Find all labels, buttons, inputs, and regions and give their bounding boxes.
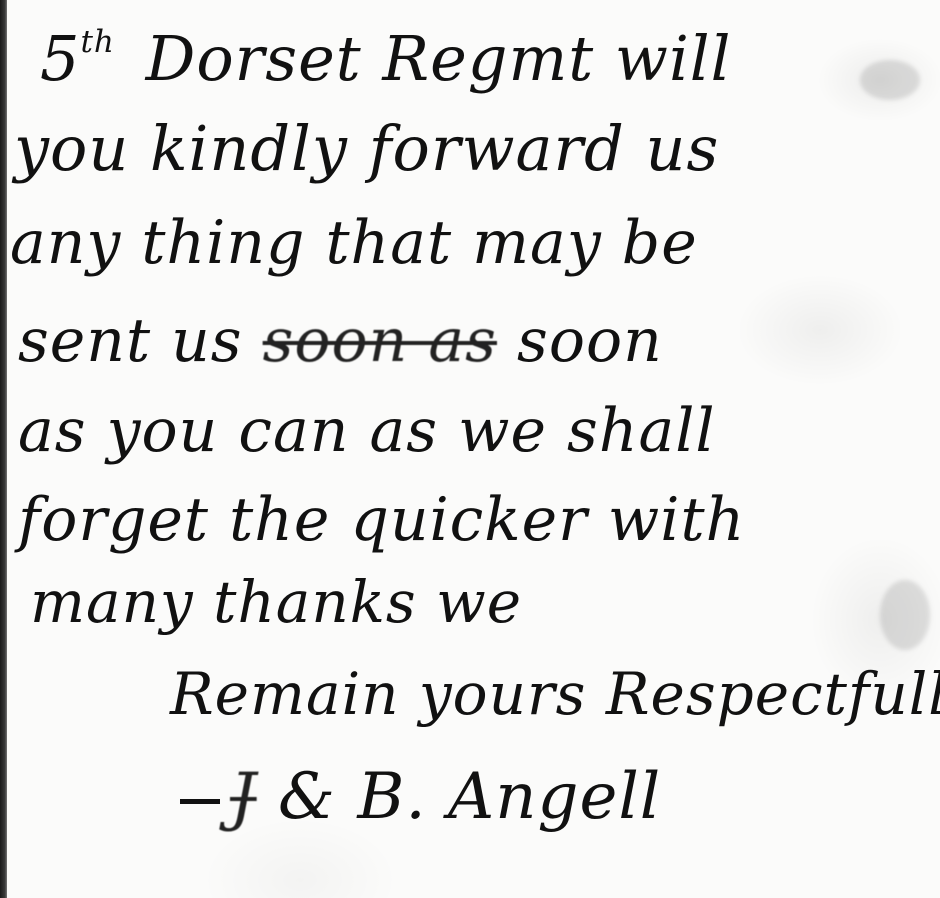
letter-line-4: sent us soon as soon <box>18 306 663 376</box>
paper-stain <box>860 60 920 100</box>
signature-dash <box>180 799 220 804</box>
closing-text: Remain yours Respectfully <box>170 660 940 728</box>
letter-line-2: you kindly forward us <box>14 112 719 185</box>
signature: J & B. Angell <box>180 760 661 834</box>
line-text: Dorset Regmt will <box>146 22 732 95</box>
line-text: forget the quicker with <box>18 485 745 555</box>
line-text: any thing that may be <box>10 208 698 278</box>
ordinal-suffix: th <box>80 24 114 60</box>
letter-line-5: as you can as we shall <box>18 396 716 466</box>
letter-line-3: any thing that may be <box>10 208 698 278</box>
letter-page: 5th Dorset Regmt will you kindly forward… <box>0 0 940 898</box>
letter-line-1: 5th Dorset Regmt will <box>40 22 731 95</box>
page-edge-shadow <box>0 0 7 898</box>
line-text: sent us <box>18 306 243 376</box>
ordinal-number: 5 <box>40 22 80 95</box>
signature-name: & B. Angell <box>278 760 661 834</box>
struck-out-text: soon as <box>263 306 497 376</box>
line-text: as you can as we shall <box>18 396 716 466</box>
letter-line-6: forget the quicker with <box>18 485 745 555</box>
paper-stain <box>880 580 930 650</box>
signature-struck-initial: J <box>230 760 257 834</box>
line-text: you kindly forward us <box>14 112 719 185</box>
line-text: many thanks we <box>30 568 522 636</box>
closing-line: Remain yours Respectfully <box>170 660 940 728</box>
line-text: soon <box>517 306 663 376</box>
letter-line-7: many thanks we <box>30 568 522 636</box>
